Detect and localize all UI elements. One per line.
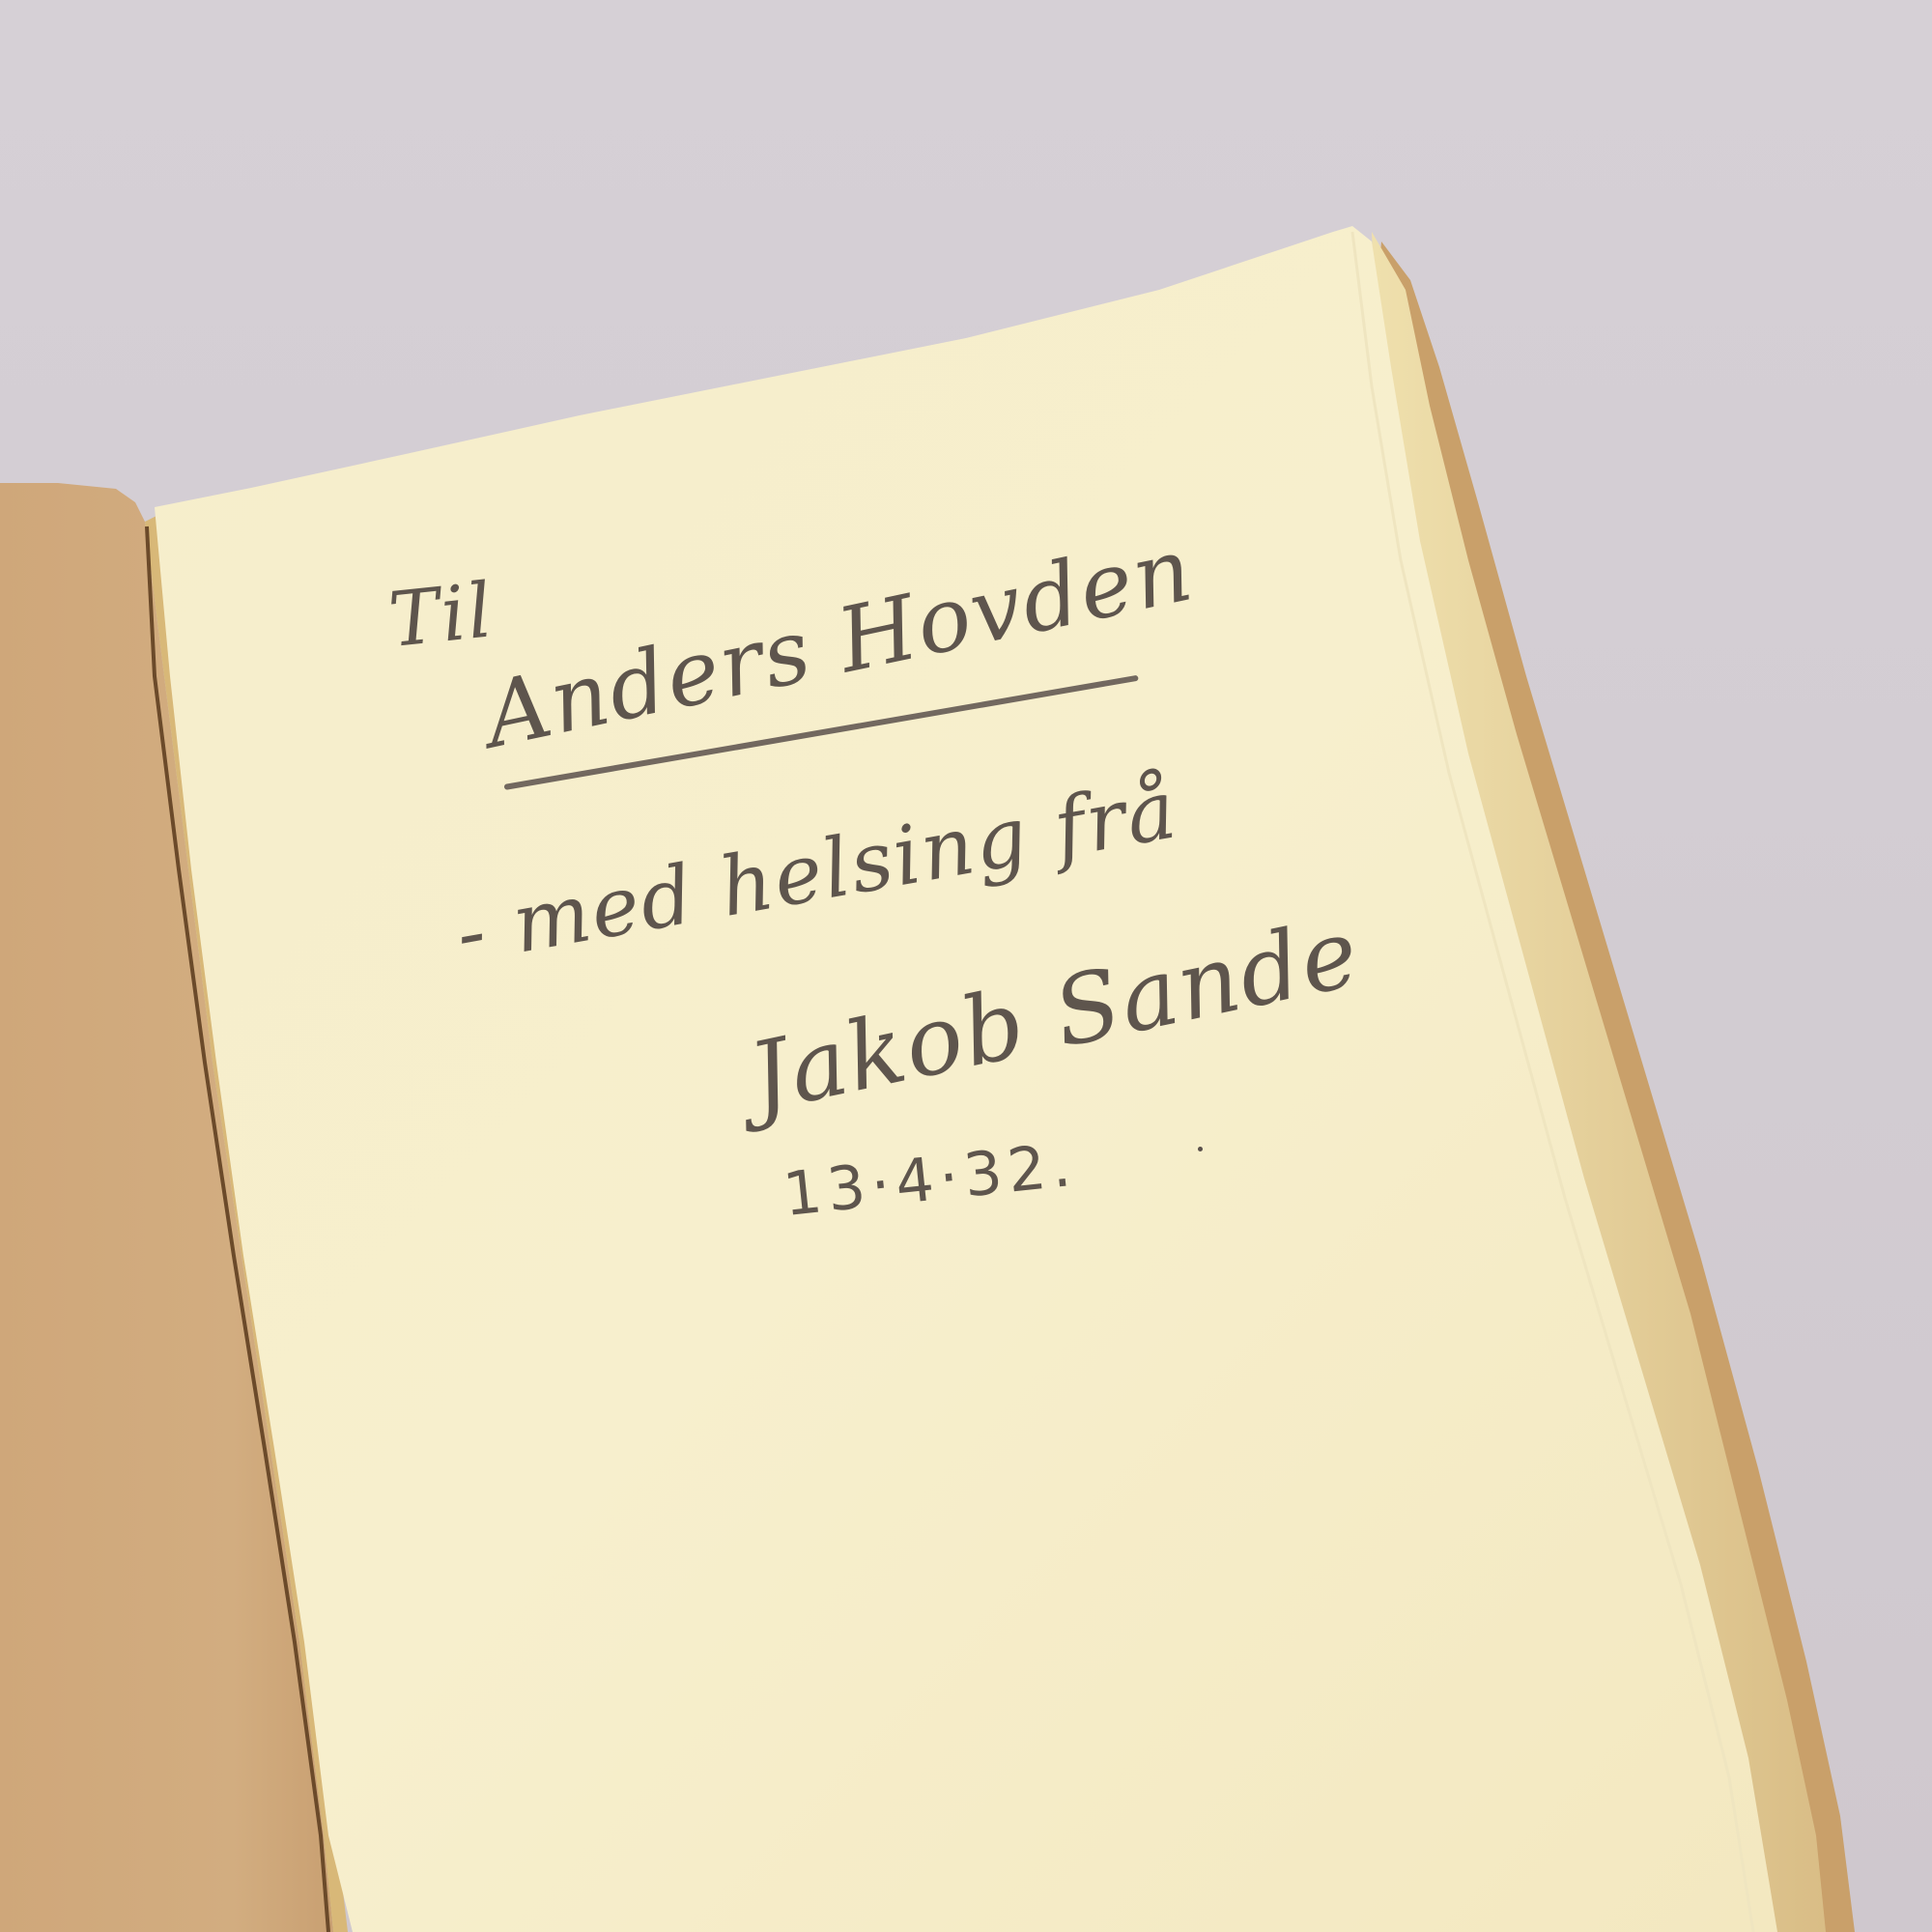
title-page (155, 226, 1777, 1932)
open-book (0, 0, 1932, 1932)
photo-scene: Til Anders Hovden - med helsing frå Jako… (0, 0, 1932, 1932)
